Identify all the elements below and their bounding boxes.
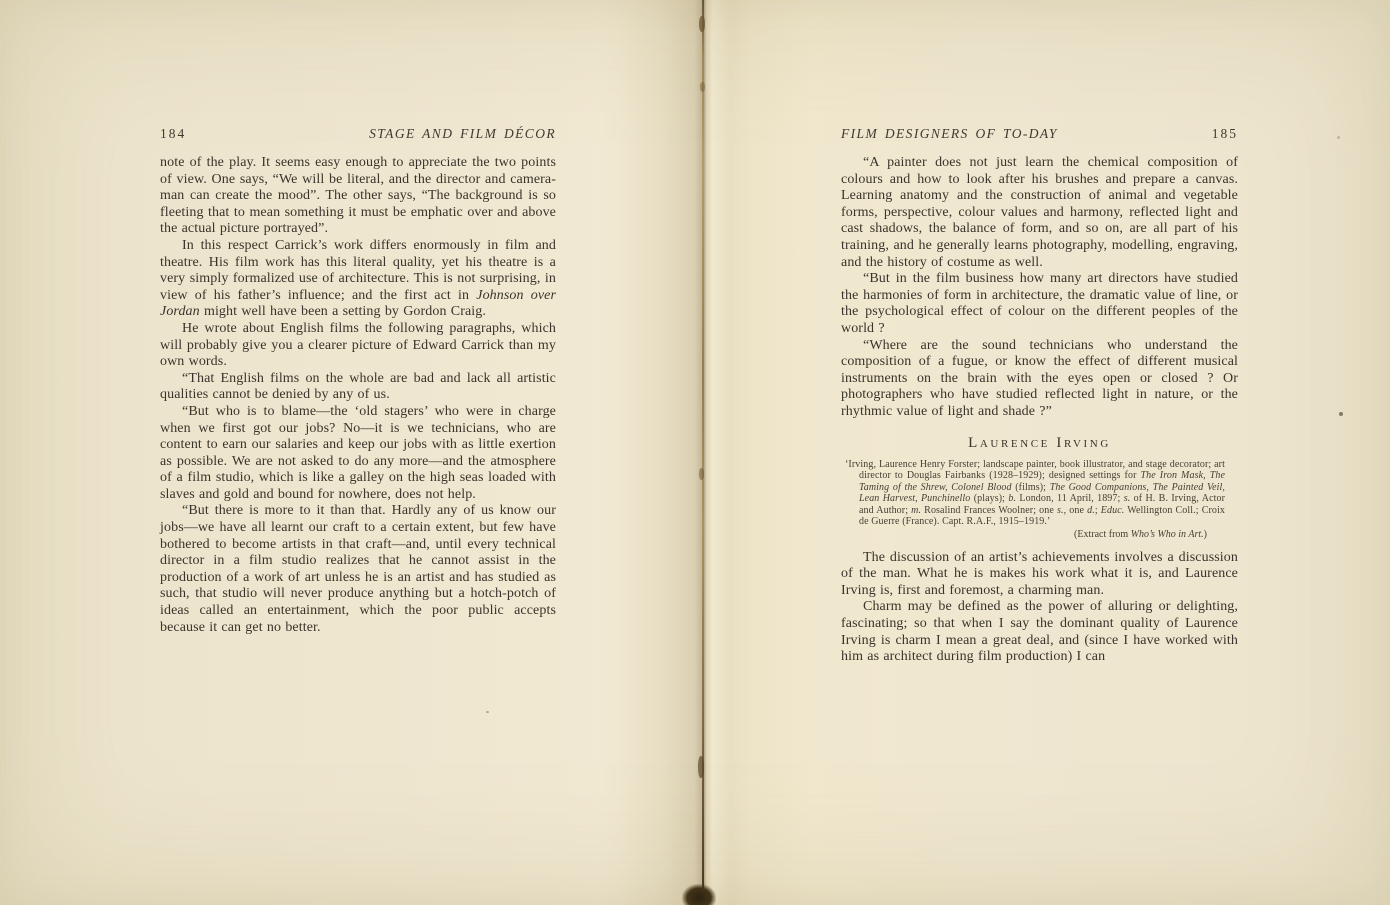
paragraph: “A painter does not just learn the chemi… [841, 155, 1238, 271]
binding-thread-knot [700, 82, 705, 92]
paper-speck [1339, 412, 1343, 416]
book-gutter-shadow [600, 0, 810, 905]
text-run: The discussion of an artist’s achievemen… [841, 550, 1238, 598]
left-body-text: note of the play. It seems easy enough t… [160, 155, 556, 636]
text-run: “But in the film business how many art d… [841, 271, 1238, 336]
paragraph: Charm may be defined as the power of all… [841, 599, 1238, 665]
italic-text: m. [911, 505, 921, 516]
paper-speck [1337, 136, 1340, 139]
italic-text: b. [1008, 493, 1016, 504]
left-running-header: STAGE AND FILM DÉCOR [369, 126, 556, 142]
right-running-header: FILM DESIGNERS OF TO-DAY [841, 126, 1058, 142]
binding-thread-knot [699, 468, 704, 480]
paragraph: In this respect Carrick’s work differs e… [160, 238, 556, 321]
italic-text: d. [1087, 505, 1095, 516]
text-run: “But who is to blame—the ‘old stagers’ w… [160, 404, 556, 502]
book-spread: 184 STAGE AND FILM DÉCOR note of the pla… [0, 0, 1390, 905]
binding-dark-spot [682, 884, 716, 905]
binding-thread-knot [699, 16, 705, 32]
italic-text: s. [1057, 505, 1064, 516]
text-run: , one [1064, 505, 1088, 516]
text-run: “Where are the sound technicians who und… [841, 338, 1238, 419]
right-page-number: 185 [1212, 126, 1238, 142]
biography-note: ‘Irving, Laurence Henry Forster; landsca… [845, 459, 1225, 529]
text-run: “A painter does not just learn the chemi… [841, 155, 1238, 270]
section-heading-laurence-irving: Laurence Irving [841, 435, 1238, 452]
right-page: FILM DESIGNERS OF TO-DAY 185 “A painter … [841, 126, 1238, 666]
text-run: might well have been a setting by Gordon… [200, 304, 486, 319]
paragraph: He wrote about English films the followi… [160, 321, 556, 371]
text-run: (Extract from [1074, 529, 1131, 540]
paragraph: “That English films on the whole are bad… [160, 371, 556, 404]
left-running-head: 184 STAGE AND FILM DÉCOR [160, 126, 556, 142]
right-body-text-top: “A painter does not just learn the chemi… [841, 155, 1238, 421]
extract-attribution: (Extract from Who’s Who in Art.) [841, 529, 1238, 541]
paragraph: “Where are the sound technicians who und… [841, 338, 1238, 421]
text-run: note of the play. It seems easy enough t… [160, 155, 556, 236]
italic-text: Educ. [1101, 505, 1125, 516]
paragraph: The discussion of an artist’s achievemen… [841, 550, 1238, 600]
text-run: “That English films on the whole are bad… [160, 371, 556, 403]
text-run: Rosalind Frances Woolner; one [921, 505, 1057, 516]
right-body-text-bottom: The discussion of an artist’s achievemen… [841, 550, 1238, 666]
paragraph: note of the play. It seems easy enough t… [160, 155, 556, 238]
text-run: London, 11 April, 1897; [1016, 493, 1124, 504]
paragraph: “But who is to blame—the ‘old stagers’ w… [160, 404, 556, 504]
text-run: He wrote about English films the followi… [160, 321, 556, 369]
left-page: 184 STAGE AND FILM DÉCOR note of the pla… [160, 126, 556, 636]
text-run: Charm may be defined as the power of all… [841, 599, 1238, 664]
paper-speck [486, 711, 489, 713]
left-page-number: 184 [160, 126, 186, 142]
text-run: (plays); [970, 493, 1008, 504]
italic-text: Who’s Who in Art. [1131, 529, 1204, 540]
text-run: (films); [1012, 482, 1050, 493]
paragraph: “But there is more to it than that. Hard… [160, 503, 556, 636]
paragraph: “But in the film business how many art d… [841, 271, 1238, 337]
right-running-head: FILM DESIGNERS OF TO-DAY 185 [841, 126, 1238, 142]
text-run: “But there is more to it than that. Hard… [160, 503, 556, 634]
binding-thread-knot [698, 756, 704, 778]
text-run: ) [1204, 529, 1207, 540]
